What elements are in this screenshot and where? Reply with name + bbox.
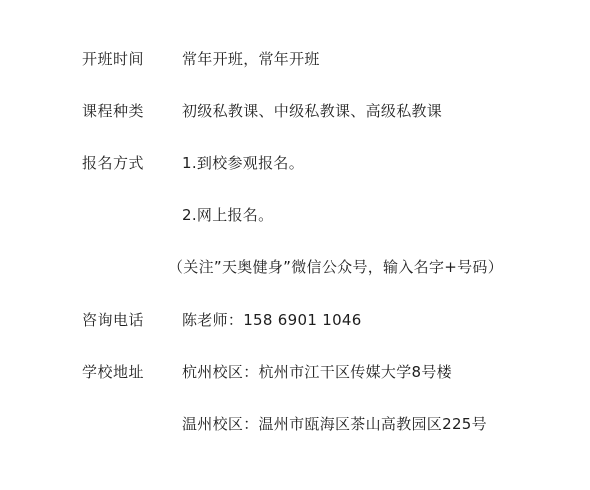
school-address-label: 学校地址	[82, 361, 144, 383]
contact-phone-value: 陈老师：158 6901 1046	[182, 309, 362, 331]
signup-method-label: 报名方式	[82, 152, 144, 174]
class-time-value: 常年开班，常年开班	[182, 48, 320, 70]
hangzhou-campus-address: 杭州校区：杭州市江干区传媒大学8号楼	[182, 361, 452, 383]
course-type-value: 初级私教课、中级私教课、高级私教课	[182, 100, 442, 122]
course-type-label: 课程种类	[82, 100, 144, 122]
wenzhou-campus-address: 温州校区：温州市瓯海区茶山高教园区225号	[182, 413, 487, 435]
signup-method-wechat-note: （关注”天奥健身”微信公众号，输入名字+号码）	[168, 256, 503, 278]
class-time-label: 开班时间	[82, 48, 144, 70]
contact-phone-label: 咨询电话	[82, 309, 144, 331]
signup-method-onsite: 1.到校参观报名。	[182, 152, 304, 174]
signup-method-online: 2.网上报名。	[182, 204, 273, 226]
